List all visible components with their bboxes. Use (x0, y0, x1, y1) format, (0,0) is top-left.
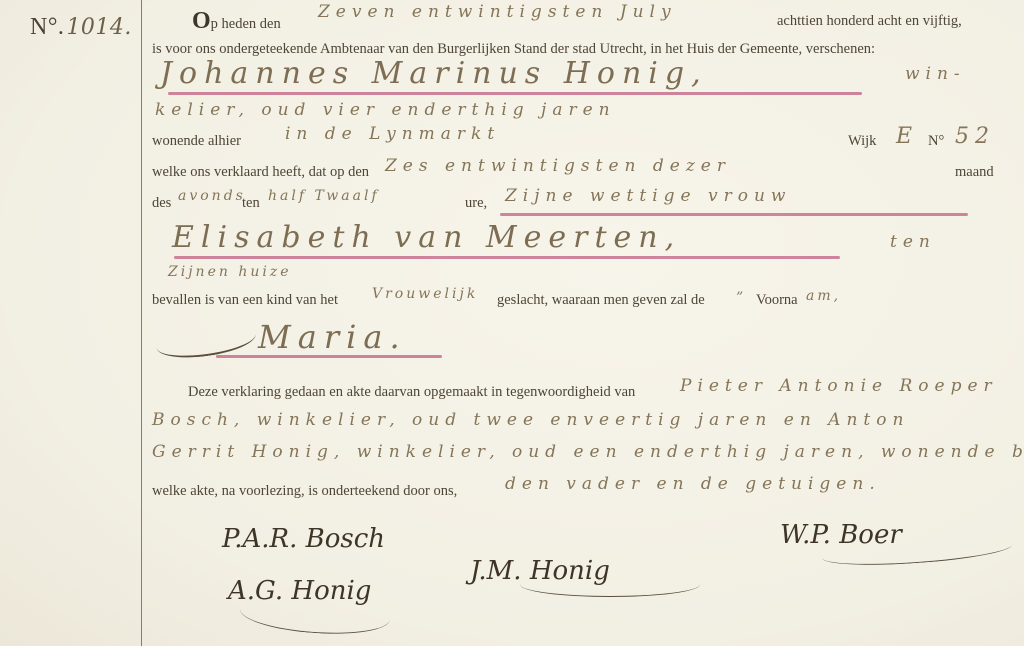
line7-printed-ure: ure, (465, 195, 487, 212)
record-number-value: 1014. (66, 15, 131, 40)
hand-birth-day: Zes entwintigsten dezer (385, 156, 731, 176)
margin-rule (141, 0, 142, 646)
line12-printed: Deze verklaring gedaan en akte daarvan o… (188, 384, 635, 401)
signature-witness-1: P.A.R. Bosch (222, 524, 385, 554)
hand-witness-1-details: Bosch, winkelier, oud twee enveertig jar… (152, 410, 909, 430)
hand-wijk-letter: E (896, 124, 918, 149)
hand-father-name: Johannes Marinus Honig, (160, 56, 708, 91)
line5-printed-wijk: Wijk (848, 133, 876, 150)
hand-time-of-day: avonds (178, 188, 246, 204)
line1-printed-text: p heden den (211, 16, 281, 32)
hand-occupation-age: kelier, oud vier enderthig jaren (155, 100, 616, 120)
line10-printed-mid: geslacht, waaraan men geven zal de (497, 292, 705, 309)
line6-printed-start: welke ons verklaard heeft, dat op den (152, 164, 369, 181)
underline-relation (500, 213, 968, 216)
hand-place-start: ten (890, 232, 936, 252)
line1-printed-start: Op heden den (192, 8, 281, 35)
initial-letter: O (192, 8, 211, 34)
hand-relation: Zijne wettige vrouw (505, 186, 791, 206)
hand-place: Zijnen huize (168, 264, 292, 280)
hand-date: Zeven entwintigsten July (318, 2, 677, 22)
line7-printed-des: des (152, 195, 171, 212)
record-number: N°.1014. (30, 14, 132, 41)
line10-printed-voorna: Voorna (756, 292, 798, 309)
line15-printed: welke akte, na voorlezing, is onderteeke… (152, 483, 457, 500)
line6-printed-end: maand (955, 164, 994, 181)
record-number-label: N°. (30, 14, 64, 40)
hand-witness-2-details: Gerrit Honig, winkelier, oud een enderth… (152, 442, 1024, 462)
hand-address: in de Lynmarkt (285, 124, 500, 144)
hand-house-number: 52 (955, 124, 995, 149)
hand-signatories: den vader en de getuigen. (505, 474, 881, 494)
hand-quote-mark: ” (736, 290, 746, 306)
line5-printed-no: N° (928, 133, 944, 150)
flourish-father (520, 572, 700, 597)
hand-time-hour: half Twaalf (268, 188, 380, 204)
line7-printed-ten: ten (242, 195, 260, 212)
hand-mother-name: Elisabeth van Meerten, (172, 220, 681, 255)
line10-printed-start: bevallen is van een kind van het (152, 292, 338, 309)
hand-child-name: Maria. (258, 318, 407, 356)
hand-voornaam-end: am, (806, 288, 841, 304)
line1-printed-end: achttien honderd acht en vijftig, (777, 13, 962, 30)
underline-father (168, 92, 862, 95)
hand-witness-1: Pieter Antonie Roeper (680, 376, 998, 396)
underline-mother (174, 256, 840, 259)
underline-child (216, 355, 442, 358)
hand-sex: Vrouwelijk (372, 286, 478, 302)
hand-occupation-start: win- (905, 64, 966, 84)
line5-printed-start: wonende alhier (152, 133, 241, 150)
